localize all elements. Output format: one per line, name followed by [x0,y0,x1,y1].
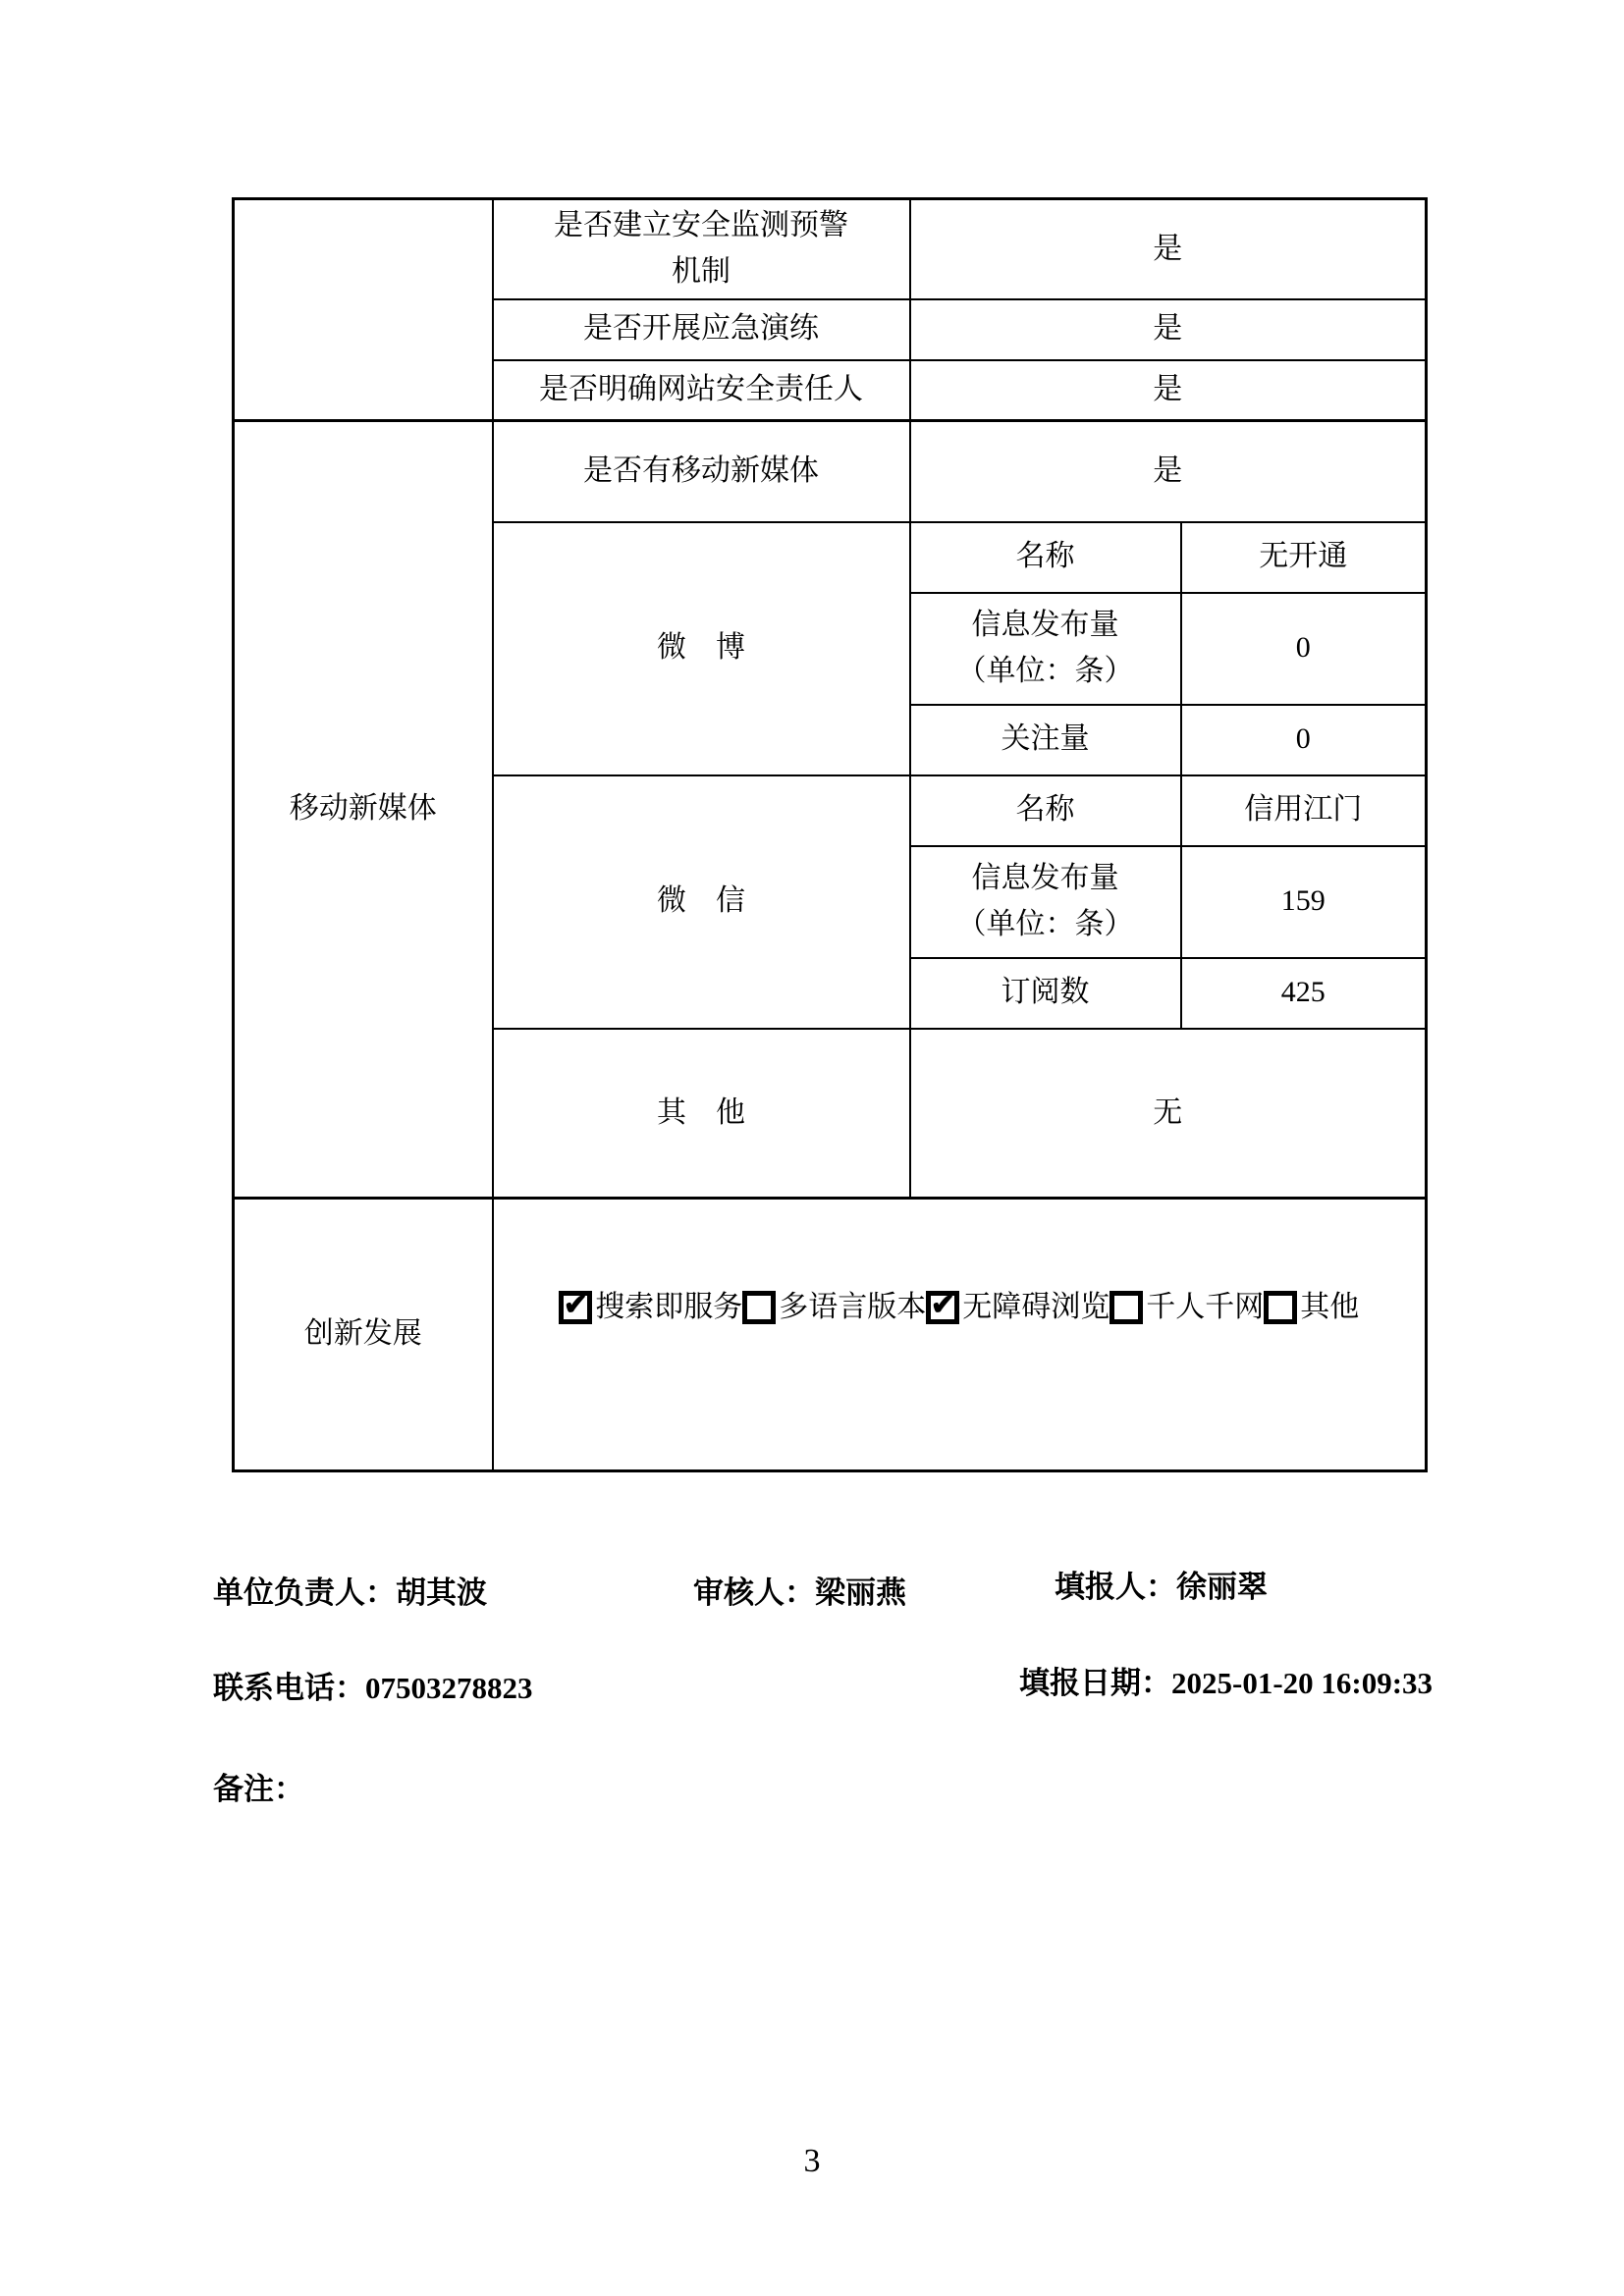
other-media-value: 无 [910,1029,1427,1199]
unit-responsible-value: 胡其波 [396,1575,487,1610]
weibo-posts-label: 信息发布量 （单位：条） [910,593,1181,705]
question-label-emergency-drill: 是否开展应急演练 [493,299,910,360]
remarks-label: 备注： [213,1772,304,1806]
category-cell-innovation: 创新发展 [234,1199,493,1471]
reviewer-value: 梁丽燕 [815,1575,906,1610]
report-table: 是否建立安全监测预警 机制 是 是否开展应急演练 是 是否明确网站安全责任人 是… [232,197,1428,1472]
table-row-innovation: 创新发展 搜索即服务 多语言版本 无障碍浏览 [234,1199,1427,1471]
checkbox-label: 千人千网 [1146,1285,1264,1331]
wechat-posts-label: 信息发布量 （单位：条） [910,846,1181,958]
wechat-posts-value: 159 [1181,846,1427,958]
filler-label: 填报人： [1055,1570,1176,1604]
checkbox-label: 无障碍浏览 [962,1285,1110,1331]
table-row-security-monitor: 是否建立安全监测预警 机制 是 [234,199,1427,299]
weibo-cell: 微 博 [493,522,910,775]
innovation-option-multilang: 多语言版本 [742,1285,926,1331]
checkbox-unchecked-icon[interactable] [1264,1291,1297,1324]
answer-security-monitor: 是 [910,199,1427,299]
weibo-followers-value: 0 [1181,705,1427,775]
reviewer-label: 审核人： [693,1575,815,1610]
remarks: 备注： [213,1764,304,1808]
innovation-option-accessibility: 无障碍浏览 [926,1285,1110,1331]
checkbox-label: 多语言版本 [779,1285,926,1331]
table-row-has-mobile-media: 移动新媒体 是否有移动新媒体 是 [234,421,1427,522]
reviewer-person: 审核人：梁丽燕 [693,1568,906,1612]
contact-phone: 联系电话：07503278823 [213,1663,533,1707]
checkbox-unchecked-icon[interactable] [1110,1291,1143,1324]
wechat-cell: 微 信 [493,775,910,1029]
unit-responsible-person: 单位负责人：胡其波 [213,1568,487,1612]
category-cell-empty [234,199,493,421]
report-date-value: 2025-01-20 16:09:33 [1171,1666,1433,1700]
page-number: 3 [0,2143,1624,2180]
report-date-label: 填报日期： [1019,1666,1171,1700]
checkbox-checked-icon[interactable] [559,1291,592,1324]
weibo-followers-label: 关注量 [910,705,1181,775]
innovation-option-search: 搜索即服务 [559,1285,742,1331]
innovation-option-other: 其他 [1264,1285,1359,1331]
question-label-security-monitor: 是否建立安全监测预警 机制 [493,199,910,299]
unit-responsible-label: 单位负责人： [213,1575,396,1610]
innovation-cell: 搜索即服务 多语言版本 无障碍浏览 千人千网 [493,1199,1427,1471]
question-label-security-owner: 是否明确网站安全责任人 [493,360,910,421]
checkbox-unchecked-icon[interactable] [742,1291,776,1324]
answer-has-mobile-media: 是 [910,421,1427,522]
other-media-label: 其 他 [493,1029,910,1199]
wechat-subscribers-label: 订阅数 [910,958,1181,1029]
answer-emergency-drill: 是 [910,299,1427,360]
contact-phone-label: 联系电话： [213,1671,365,1705]
wechat-subscribers-value: 425 [1181,958,1427,1029]
checkbox-label: 搜索即服务 [595,1285,742,1331]
contact-phone-value: 07503278823 [365,1671,533,1705]
category-cell-mobile-media: 移动新媒体 [234,421,493,1199]
question-label-has-mobile-media: 是否有移动新媒体 [493,421,910,522]
wechat-name-label: 名称 [910,775,1181,846]
checkbox-label: 其他 [1300,1285,1359,1331]
filler-value: 徐丽翠 [1176,1570,1268,1604]
weibo-name-label: 名称 [910,522,1181,593]
weibo-posts-value: 0 [1181,593,1427,705]
innovation-options: 搜索即服务 多语言版本 无障碍浏览 千人千网 [498,1285,1422,1331]
filler-person: 填报人：徐丽翠 [1055,1562,1268,1606]
checkbox-checked-icon[interactable] [926,1291,959,1324]
innovation-option-personalized: 千人千网 [1110,1285,1264,1331]
answer-security-owner: 是 [910,360,1427,421]
wechat-name-value: 信用江门 [1181,775,1427,846]
report-date: 填报日期：2025-01-20 16:09:33 [1019,1658,1433,1702]
weibo-name-value: 无开通 [1181,522,1427,593]
document-page: 是否建立安全监测预警 机制 是 是否开展应急演练 是 是否明确网站安全责任人 是… [0,0,1624,2296]
